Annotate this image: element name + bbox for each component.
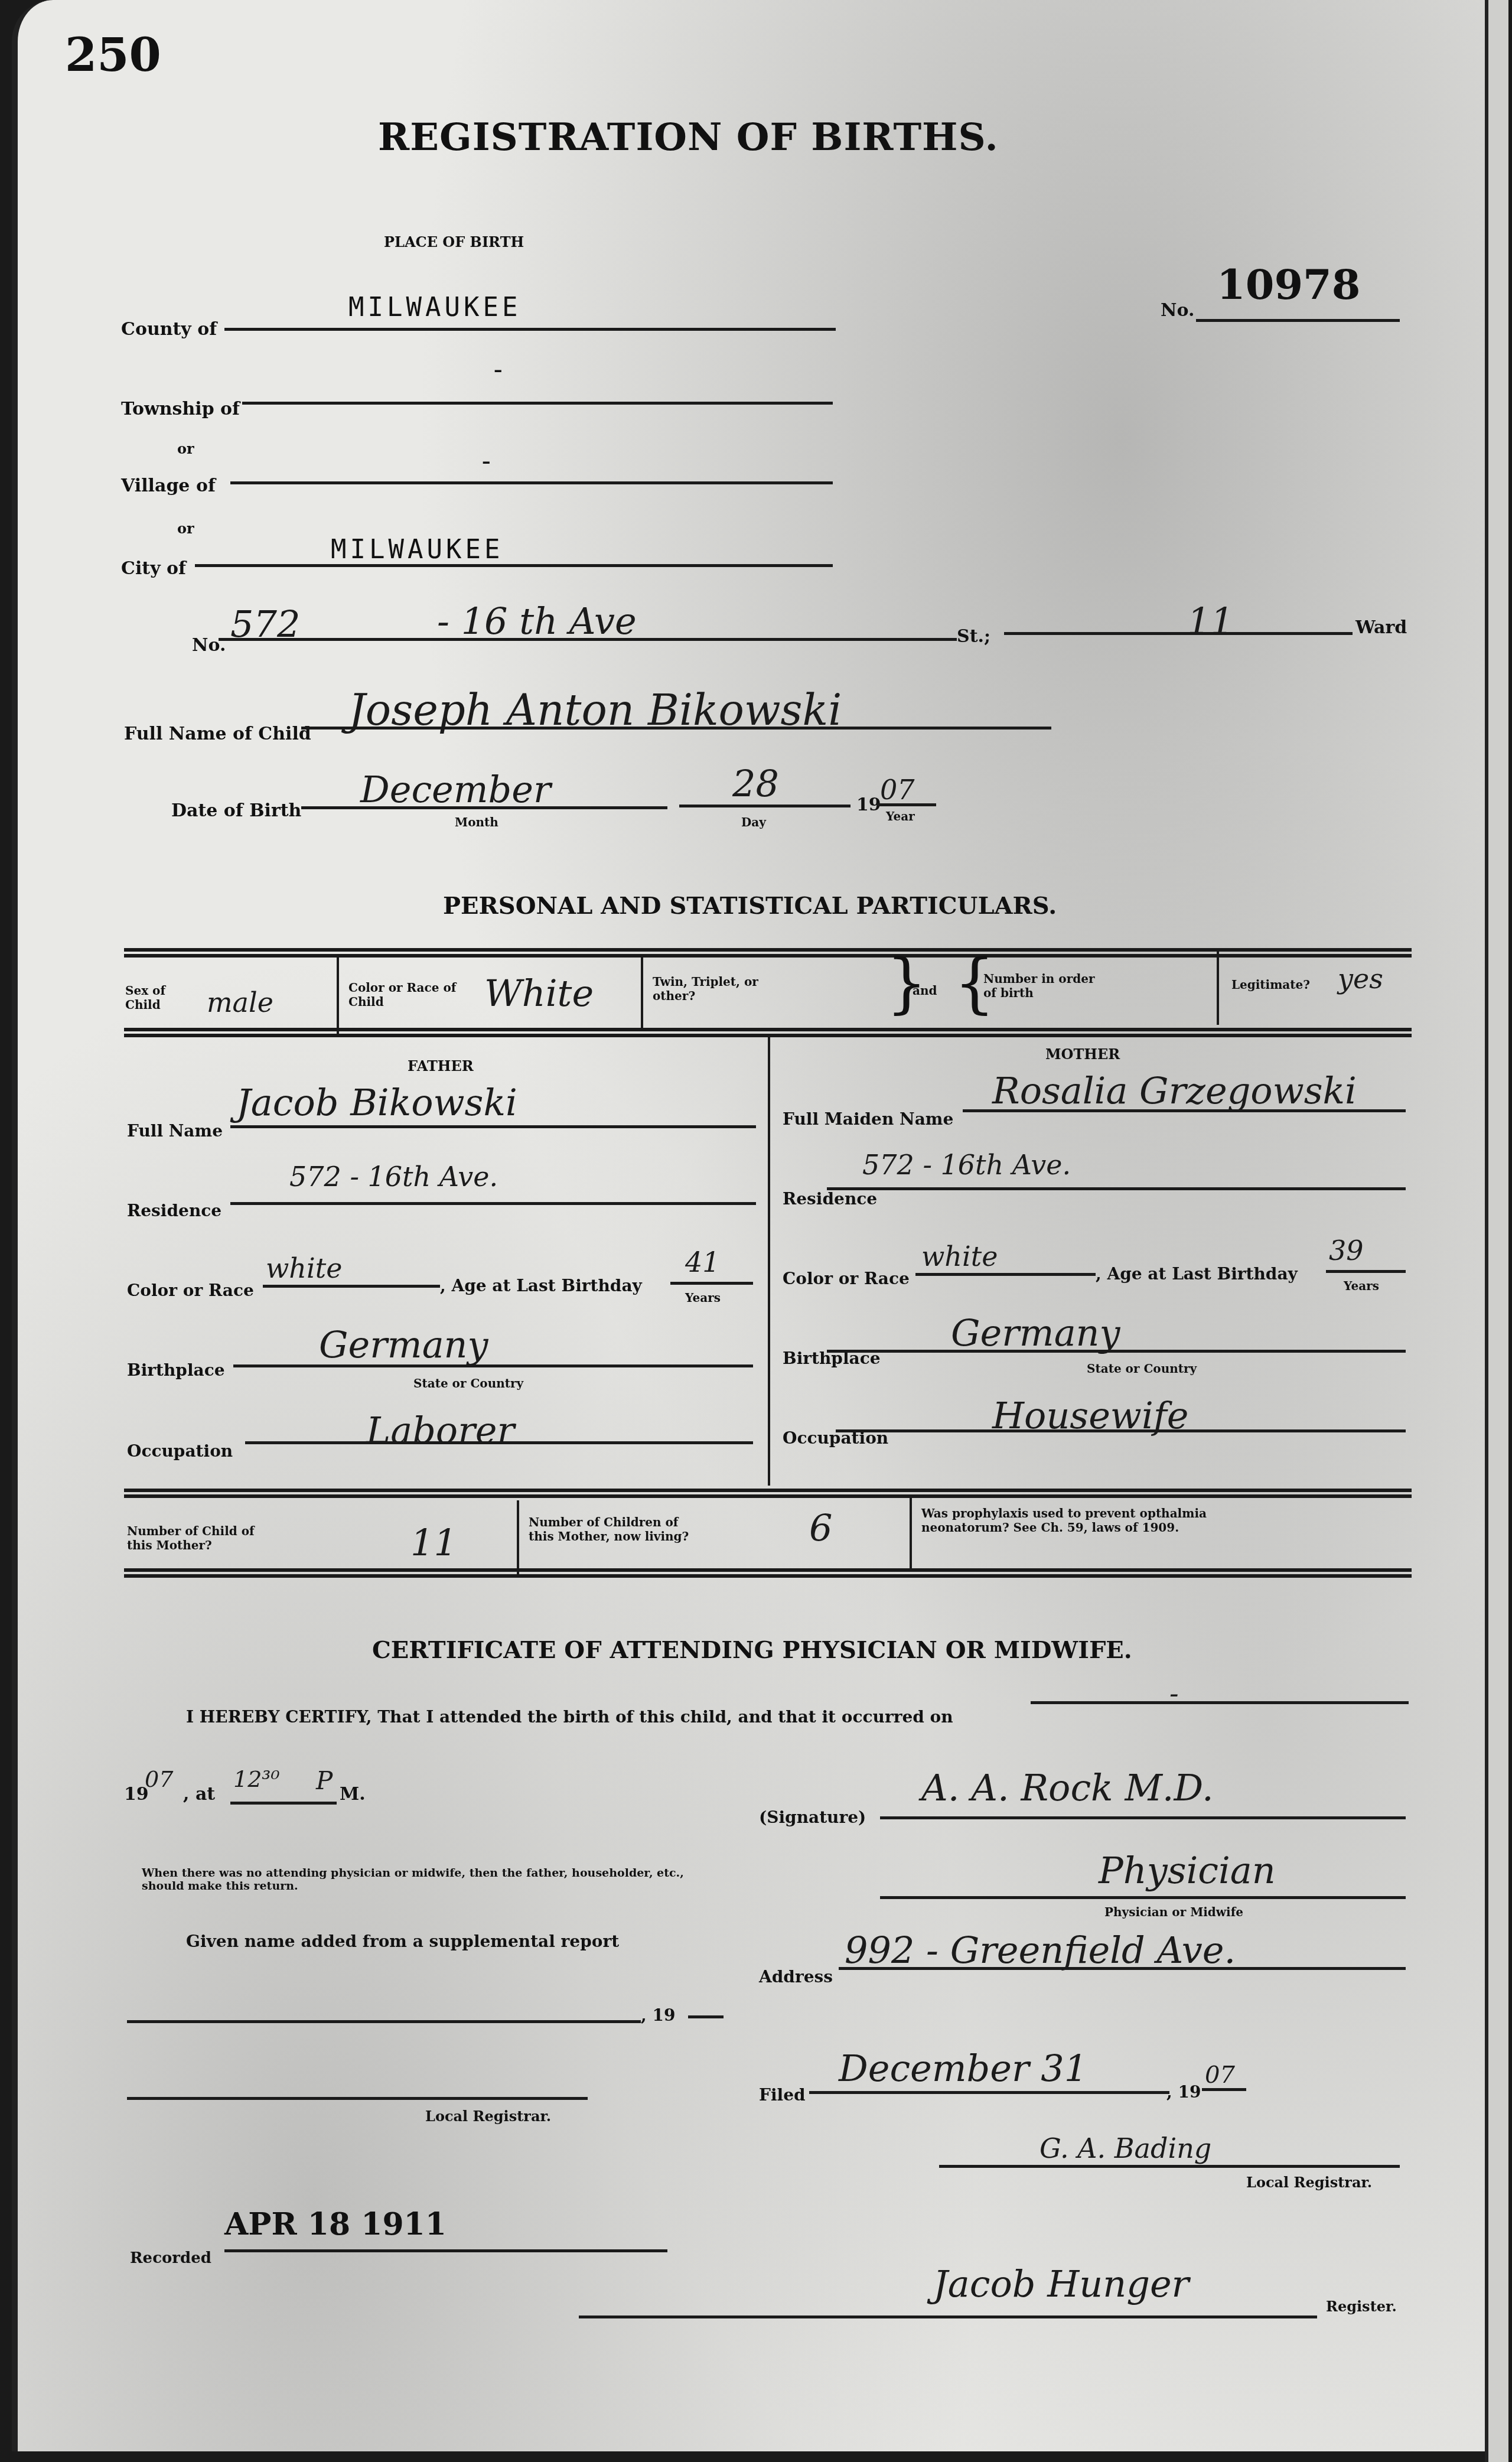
- recorded-label: Recorded: [130, 2249, 211, 2267]
- sex-value: male: [207, 986, 273, 1018]
- or-label-2: or: [177, 520, 194, 537]
- father-birthplace-caption: State or Country: [413, 1376, 523, 1390]
- mother-birthplace-caption: State or Country: [1087, 1362, 1197, 1376]
- father-residence: 572 - 16th Ave.: [289, 1161, 498, 1193]
- physician-address: 992 - Greenfield Ave.: [845, 1929, 1236, 1972]
- township-value: -: [490, 354, 510, 385]
- mother-residence-label: Residence: [783, 1189, 877, 1209]
- mother-heading: MOTHER: [1045, 1046, 1120, 1063]
- document-title: REGISTRATION OF BIRTHS.: [378, 115, 999, 159]
- birth-meridiem: P: [316, 1766, 333, 1795]
- personal-particulars-heading: PERSONAL AND STATISTICAL PARTICULARS.: [443, 892, 1057, 920]
- register-caption: Register.: [1326, 2298, 1397, 2315]
- brace-open: }: [886, 945, 927, 1021]
- number-of-child-label: Number of Child of this Mother?: [127, 1524, 269, 1552]
- children-living-label: Number of Children of this Mother, now l…: [529, 1515, 694, 1543]
- and-label: and: [913, 984, 937, 998]
- city-label: City of: [121, 558, 186, 579]
- dob-month: December: [360, 768, 551, 811]
- mother-birthplace: Germany: [951, 1311, 1120, 1354]
- father-race-label: Color or Race: [127, 1281, 254, 1300]
- filed-date: December 31: [839, 2047, 1087, 2090]
- street-name-value: - 16 th Ave: [437, 600, 637, 643]
- father-name: Jacob Bikowski: [236, 1081, 517, 1124]
- birth-time-at-label: , at: [183, 1784, 215, 1805]
- dob-day-caption: Day: [741, 815, 766, 829]
- place-of-birth-heading: PLACE OF BIRTH: [384, 233, 524, 250]
- father-race: white: [266, 1252, 342, 1284]
- twin-label: Twin, Triplet, or other?: [653, 975, 771, 1003]
- number-of-child-value: 11: [410, 1521, 457, 1564]
- village-label: Village of: [121, 476, 216, 496]
- mother-race: white: [921, 1240, 998, 1272]
- birth-meridiem-suffix: M.: [340, 1784, 366, 1805]
- child-name-label: Full Name of Child: [124, 724, 311, 744]
- birth-year: 07: [145, 1766, 173, 1792]
- signature-label: (Signature): [759, 1808, 866, 1827]
- child-race-label: Color or Race of Child: [348, 981, 467, 1009]
- given-name-text: Given name added from a supplemental rep…: [186, 1932, 619, 1951]
- father-age: 41: [685, 1246, 720, 1278]
- registration-no-value: 10978: [1217, 260, 1361, 309]
- mother-name-label: Full Maiden Name: [783, 1109, 953, 1129]
- ward-value: 11: [1187, 600, 1234, 643]
- mother-age: 39: [1329, 1235, 1364, 1266]
- father-years-caption: Years: [685, 1291, 721, 1305]
- father-age-label: , Age at Last Birthday: [440, 1276, 642, 1295]
- mother-name: Rosalia Grzegowski: [992, 1069, 1357, 1112]
- father-birthplace-label: Birthplace: [127, 1360, 225, 1380]
- register-signature: Jacob Hunger: [933, 2262, 1189, 2305]
- filed-label: Filed: [759, 2085, 806, 2105]
- local-registrar-caption-left: Local Registrar.: [425, 2108, 551, 2125]
- birth-time: 12³⁰: [233, 1766, 280, 1792]
- supplement-year-prefix: , 19: [641, 2005, 675, 2025]
- filed-year: 07: [1205, 2062, 1235, 2089]
- child-race-value: White: [484, 972, 594, 1015]
- occurred-on-value: -: [1169, 1678, 1179, 1709]
- address-label: Address: [759, 1967, 833, 1986]
- recorded-stamp: APR 18 1911: [224, 2206, 447, 2242]
- no-physician-note: When there was no attending physician or…: [142, 1867, 709, 1893]
- certificate-heading: CERTIFICATE OF ATTENDING PHYSICIAN OR MI…: [372, 1636, 1132, 1664]
- father-heading: FATHER: [408, 1057, 474, 1074]
- registration-no-label: No.: [1161, 300, 1194, 321]
- father-occupation-label: Occupation: [127, 1441, 233, 1461]
- dob-year: 07: [880, 774, 915, 806]
- physician-role-caption: Physician or Midwife: [1104, 1905, 1243, 1919]
- village-value: -: [478, 446, 498, 476]
- dob-month-caption: Month: [455, 815, 498, 829]
- street-st-label: St.;: [957, 626, 990, 647]
- dob-year-caption: Year: [886, 809, 915, 823]
- father-name-label: Full Name: [127, 1121, 223, 1141]
- mother-age-label: , Age at Last Birthday: [1096, 1264, 1298, 1284]
- sex-label: Sex of Child: [125, 984, 178, 1012]
- ward-label: Ward: [1355, 617, 1407, 638]
- father-residence-label: Residence: [127, 1201, 221, 1220]
- mother-residence: 572 - 16th Ave.: [862, 1149, 1071, 1181]
- dob-day: 28: [732, 762, 779, 805]
- local-registrar-signature: G. A. Bading: [1039, 2132, 1211, 2164]
- prophylaxis-label: Was prophylaxis used to prevent opthalmi…: [921, 1506, 1252, 1535]
- county-value: MILWAUKEE: [348, 292, 521, 323]
- page-number: 250: [65, 28, 161, 82]
- certify-text: I HEREBY CERTIFY, That I attended the bi…: [186, 1707, 953, 1727]
- children-living-value: 6: [809, 1506, 832, 1549]
- legitimate-label: Legitimate?: [1231, 978, 1310, 992]
- county-label: County of: [121, 319, 217, 340]
- mother-race-label: Color or Race: [783, 1269, 910, 1288]
- local-registrar-caption: Local Registrar.: [1246, 2174, 1372, 2191]
- birth-order-label: Number in order of birth: [983, 972, 1102, 1000]
- or-label-1: or: [177, 440, 194, 457]
- physician-role: Physician: [1099, 1849, 1276, 1892]
- father-birthplace: Germany: [319, 1323, 488, 1366]
- township-label: Township of: [121, 399, 240, 419]
- mother-years-caption: Years: [1344, 1279, 1379, 1293]
- dob-label: Date of Birth: [171, 800, 301, 821]
- physician-signature: A. A. Rock M.D.: [921, 1766, 1214, 1809]
- filed-year-prefix: , 19: [1166, 2082, 1201, 2102]
- legitimate-value: yes: [1338, 963, 1383, 995]
- father-occupation: Laborer: [366, 1409, 514, 1452]
- city-value: MILWAUKEE: [331, 535, 503, 565]
- document-page: [12, 0, 1488, 2451]
- book-spine: [1485, 0, 1508, 2462]
